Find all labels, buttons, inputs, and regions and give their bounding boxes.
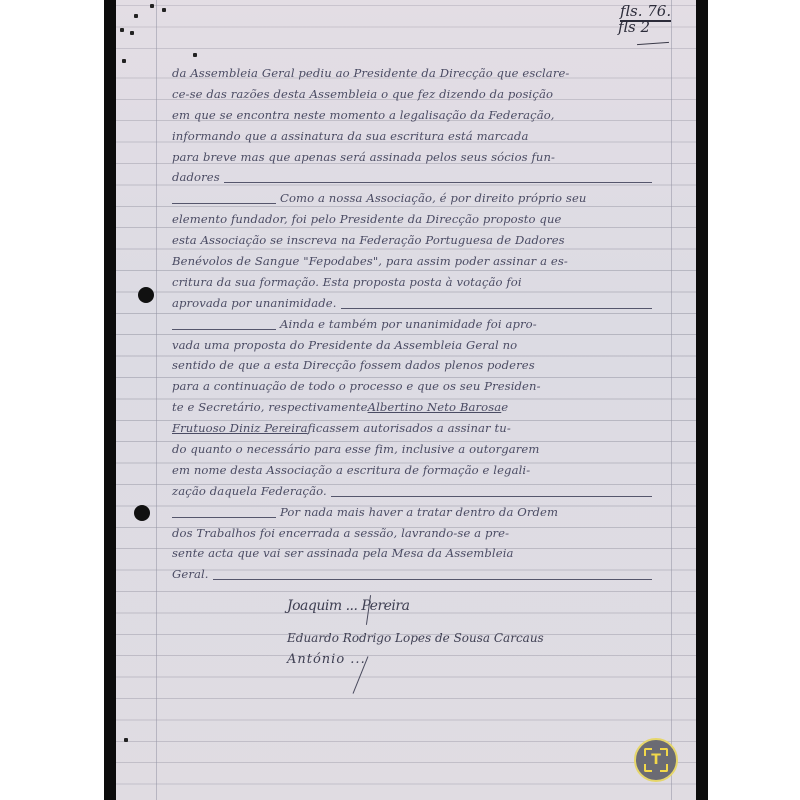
signature-3: António ... [287, 652, 366, 667]
page-margin-line-left [156, 0, 157, 800]
text-line: elemento fundador, foi pelo Presidente d… [172, 210, 692, 231]
text-line: Benévolos de Sangue "Fepodabes", para as… [172, 252, 692, 273]
text-line: do quanto o necessário para esse fim, in… [172, 440, 692, 461]
line-text: ce-se das razões desta Assembleia o que … [172, 84, 553, 105]
line-text: sente acta que vai ser assinada pela Mes… [172, 543, 514, 564]
underlined-name: Albertino Neto Barosa [368, 397, 502, 418]
text-line: sente acta que vai ser assinada pela Mes… [172, 544, 692, 565]
ink-speck [130, 31, 134, 35]
line-filler-dash [341, 307, 653, 309]
ink-speck [124, 738, 128, 742]
text-line: ce-se das razões desta Assembleia o que … [172, 85, 692, 106]
line-text: dadores [172, 167, 220, 188]
text-line: da Assembleia Geral pediu ao Presidente … [172, 64, 692, 85]
text-line: dos Trabalhos foi encerrada a sessão, la… [172, 524, 692, 545]
line-text: te e Secretário, respectivamente [172, 397, 368, 418]
line-text: vada uma proposta do Presidente da Assem… [172, 335, 517, 356]
page-marker: fls 2 [618, 18, 650, 36]
line-text: esta Associação se inscreva na Federação… [172, 230, 565, 251]
line-text: critura da sua formação. Esta proposta p… [172, 272, 522, 293]
line-filler-dash [224, 181, 652, 183]
text-line: vada uma proposta do Presidente da Assem… [172, 336, 692, 357]
scan-right-edge [696, 0, 708, 800]
line-text: Por nada mais haver a tratar dentro da O… [280, 502, 558, 523]
text-line: em que se encontra neste momento a legal… [172, 106, 692, 127]
text-line: aprovada por unanimidade. [172, 294, 692, 315]
line-text: Como a nossa Associação, é por direito p… [280, 188, 586, 209]
underlined-name: Frutuoso Diniz Pereira [172, 418, 308, 439]
line-text: ficassem autorisados a assinar tu- [308, 418, 511, 439]
text-recognition-icon: T [644, 748, 668, 772]
binder-hole-bottom [134, 505, 150, 521]
handwritten-body: da Assembleia Geral pediu ao Presidente … [172, 64, 692, 586]
ink-speck [120, 28, 124, 32]
line-text: da Assembleia Geral pediu ao Presidente … [172, 63, 569, 84]
ink-speck [150, 4, 154, 8]
text-line: te e Secretário, respectivamente Alberti… [172, 398, 692, 419]
text-recognition-button[interactable]: T [634, 738, 678, 782]
line-text: aprovada por unanimidade. [172, 293, 337, 314]
line-text: em que se encontra neste momento a legal… [172, 105, 555, 126]
line-text: zação daquela Federação. [172, 481, 327, 502]
text-line: zação daquela Federação. [172, 482, 692, 503]
line-filler-dash [331, 495, 652, 497]
ink-speck [193, 53, 197, 57]
line-text: dos Trabalhos foi encerrada a sessão, la… [172, 523, 509, 544]
ink-speck [134, 14, 138, 18]
ink-speck [162, 8, 166, 12]
line-text: informando que a assinatura da sua escri… [172, 126, 528, 147]
text-line: Frutuoso Diniz Pereira ficassem autorisa… [172, 419, 692, 440]
text-line: Geral. [172, 565, 692, 586]
text-line: em nome desta Associação a escritura de … [172, 461, 692, 482]
line-filler-dash [213, 578, 652, 580]
text-line: para breve mas que apenas será assinada … [172, 148, 692, 169]
line-text: sentido de que a esta Direcção fossem da… [172, 355, 535, 376]
line-filler-dash [172, 328, 276, 330]
text-line: esta Associação se inscreva na Federação… [172, 231, 692, 252]
line-filler-dash [172, 202, 276, 204]
text-line: dadores [172, 168, 692, 189]
line-filler-dash [172, 516, 276, 518]
signature-1: Joaquim ... Pereira [287, 598, 409, 614]
line-text: em nome desta Associação a escritura de … [172, 460, 530, 481]
line-text: para breve mas que apenas será assinada … [172, 147, 555, 168]
binder-hole-top [138, 287, 154, 303]
line-text: para a continuação de todo o processo e … [172, 376, 541, 397]
text-line: informando que a assinatura da sua escri… [172, 127, 692, 148]
line-text: elemento fundador, foi pelo Presidente d… [172, 209, 561, 230]
line-text: Benévolos de Sangue "Fepodabes", para as… [172, 251, 568, 272]
text-line: Como a nossa Associação, é por direito p… [172, 189, 692, 210]
line-text: Ainda e também por unanimidade foi apro- [280, 314, 537, 335]
scan-left-edge [104, 0, 116, 800]
text-line: critura da sua formação. Esta proposta p… [172, 273, 692, 294]
text-line: Ainda e também por unanimidade foi apro- [172, 315, 692, 336]
ink-speck [122, 59, 126, 63]
text-line: sentido de que a esta Direcção fossem da… [172, 356, 692, 377]
text-line: Por nada mais haver a tratar dentro da O… [172, 503, 692, 524]
line-text: do quanto o necessário para esse fim, in… [172, 439, 539, 460]
line-text: Geral. [172, 564, 209, 585]
signature-2: Eduardo Rodrigo Lopes de Sousa Carcaus [287, 631, 544, 645]
text-line: para a continuação de todo o processo e … [172, 377, 692, 398]
